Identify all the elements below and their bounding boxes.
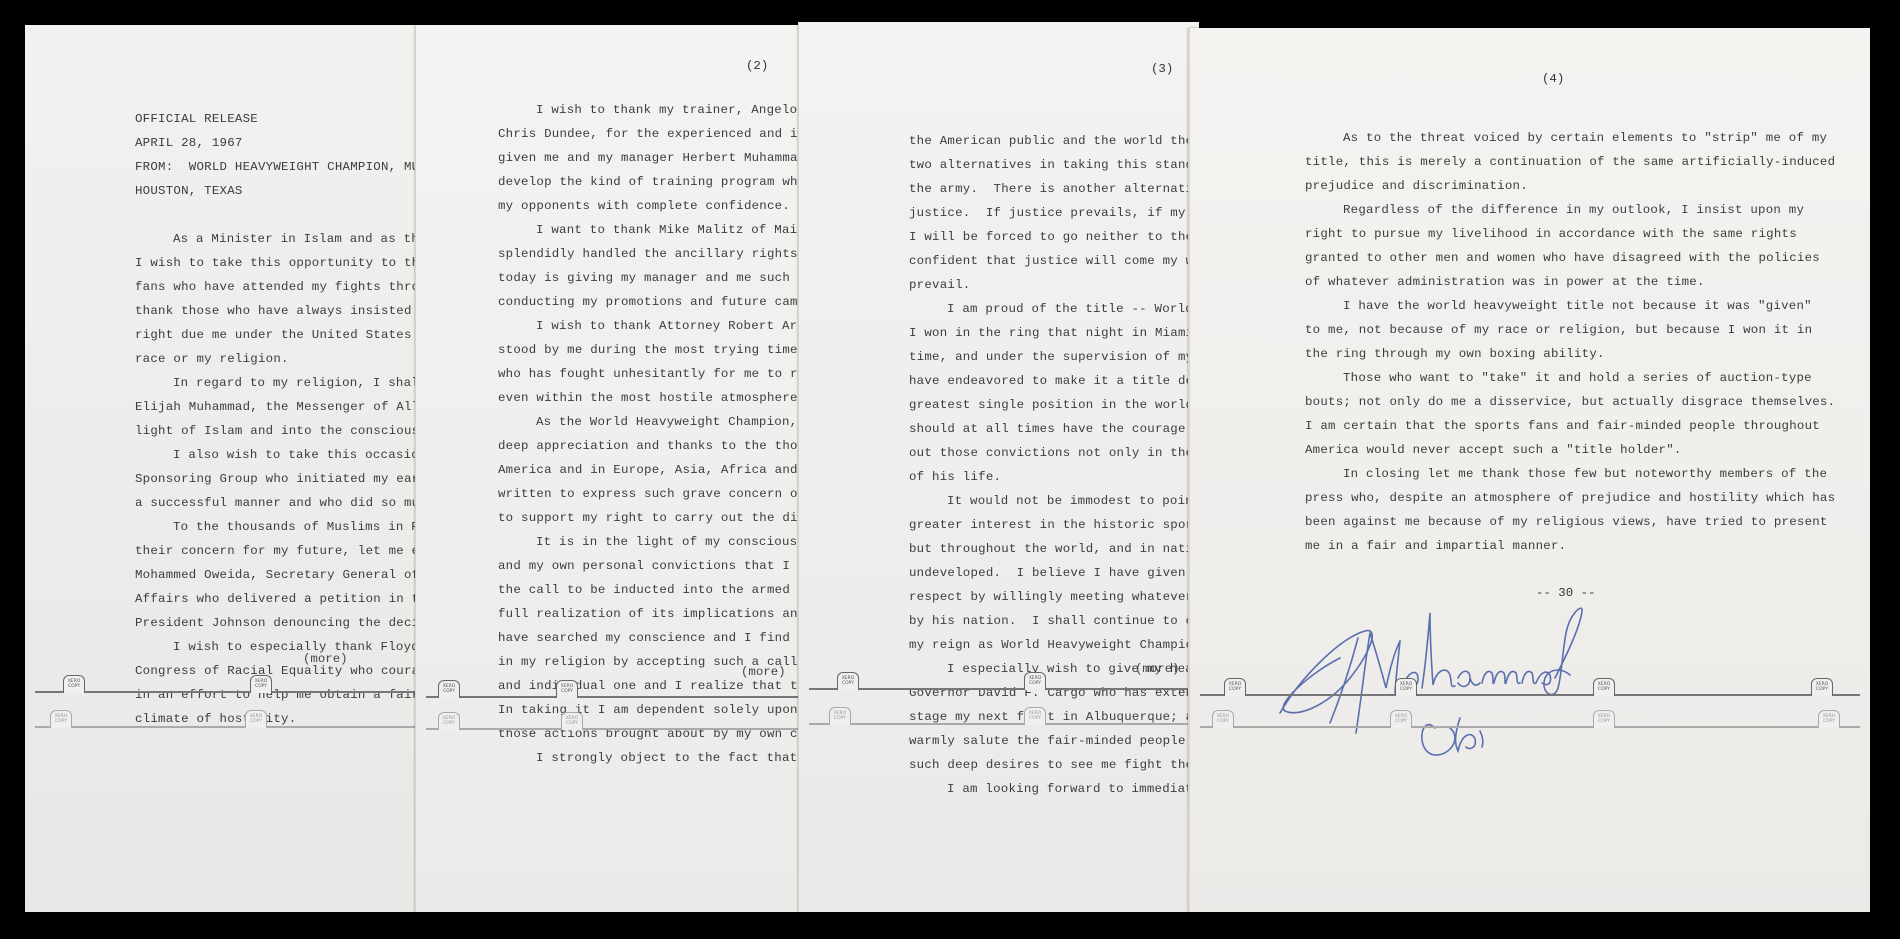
text-line: have searched my conscience and I find I	[498, 626, 816, 650]
text-line: a successful manner and who did so much	[135, 491, 442, 515]
page-2-more-label: (more)	[741, 665, 786, 679]
text-line: but throughout the world, and in nation	[909, 537, 1199, 561]
text-line: OFFICIAL RELEASE	[135, 107, 442, 131]
text-line: I am looking forward to immediately	[909, 777, 1199, 801]
xerox-copy-bar: XEROCOPY XEROCOPY	[416, 712, 816, 742]
xerox-copy-mark-icon: XEROCOPY	[837, 672, 859, 690]
text-line: title, this is merely a continuation of …	[1305, 150, 1835, 174]
xerox-copy-mark-icon: XEROCOPY	[1593, 710, 1615, 728]
xerox-copy-mark-icon: XEROCOPY	[1024, 672, 1046, 690]
text-line: As a Minister in Islam and as the	[135, 227, 442, 251]
text-line: the call to be inducted into the armed s…	[498, 578, 816, 602]
xerox-copy-mark-icon: XEROCOPY	[1811, 678, 1833, 696]
text-line: confident that justice will come my way	[909, 249, 1199, 273]
text-line: to me, not because of my race or religio…	[1305, 318, 1835, 342]
text-line: such deep desires to see me fight there.	[909, 753, 1199, 777]
xerox-copy-mark-icon: XEROCOPY	[1395, 678, 1417, 696]
text-line: given me and my manager Herbert Muhammad…	[498, 146, 816, 170]
text-line: race or my religion.	[135, 347, 442, 371]
text-line: I wish to take this opportunity to than	[135, 251, 442, 275]
text-line: me in a fair and impartial manner.	[1305, 534, 1835, 558]
text-line: stood by me during the most trying times	[498, 338, 816, 362]
text-line: greater interest in the historic sport	[909, 513, 1199, 537]
text-line: President Johnson denouncing the decisi	[135, 611, 442, 635]
text-line: Elijah Muhammad, the Messenger of Allah,	[135, 395, 442, 419]
text-line: APRIL 28, 1967	[135, 131, 442, 155]
text-line: granted to other men and women who have …	[1305, 246, 1835, 270]
xerox-copy-mark-icon: XEROCOPY	[1818, 710, 1840, 728]
text-line: As the World Heavyweight Champion, I	[498, 410, 816, 434]
text-line: prejudice and discrimination.	[1305, 174, 1835, 198]
xerox-copy-bar: XEROCOPY XEROCOPY XEROCOPY XEROCOPY	[1190, 678, 1870, 708]
text-line: I wish to especially thank Floyd Mc	[135, 635, 442, 659]
xerox-copy-mark-icon: XEROCOPY	[245, 710, 267, 728]
text-line: been against me because of my religious …	[1305, 510, 1835, 534]
text-line: justice. If justice prevails, if my co	[909, 201, 1199, 225]
text-line: out those convictions not only in the r	[909, 441, 1199, 465]
document-page-4: (4) As to the threat voiced by certain e…	[1188, 28, 1870, 912]
text-line: by his nation. I shall continue to car	[909, 609, 1199, 633]
text-line: their concern for my future, let me exte	[135, 539, 442, 563]
text-line: In regard to my religion, I shall	[135, 371, 442, 395]
text-line: splendidly handled the ancillary rights …	[498, 242, 816, 266]
text-line: fans who have attended my fights throug	[135, 275, 442, 299]
text-line: the ring through my own boxing ability.	[1305, 342, 1835, 366]
text-line: who has fought unhesitantly for me to re…	[498, 362, 816, 386]
text-line: America would never accept such a "title…	[1305, 438, 1835, 462]
text-line: I am certain that the sports fans and fa…	[1305, 414, 1835, 438]
xerox-copy-mark-icon: XEROCOPY	[829, 707, 851, 725]
text-line: Affairs who delivered a petition in the	[135, 587, 442, 611]
text-line: America and in Europe, Asia, Africa and …	[498, 458, 816, 482]
text-line: deep appreciation and thanks to the thou…	[498, 434, 816, 458]
text-line: my opponents with complete confidence.	[498, 194, 816, 218]
text-line: I won in the ring that night in Miami,	[909, 321, 1199, 345]
text-line: right due me under the United States Co	[135, 323, 442, 347]
text-line: FROM: WORLD HEAVYWEIGHT CHAMPION, MUHA	[135, 155, 442, 179]
text-line: As to the threat voiced by certain eleme…	[1305, 126, 1835, 150]
xerox-copy-bar: XEROCOPY XEROCOPY	[416, 680, 816, 710]
text-line: I have the world heavyweight title not b…	[1305, 294, 1835, 318]
xerox-copy-mark-icon: XEROCOPY	[250, 675, 272, 693]
xerox-copy-mark-icon: XEROCOPY	[50, 710, 72, 728]
xerox-copy-bar: XEROCOPY XEROCOPY	[25, 710, 445, 740]
text-line: I want to thank Mike Malitz of Main	[498, 218, 816, 242]
text-line: of whatever administration was in power …	[1305, 270, 1835, 294]
xerox-copy-bar: XEROCOPY XEROCOPY	[799, 707, 1199, 737]
text-line	[135, 203, 442, 227]
text-line: my reign as World Heavyweight Champion.	[909, 633, 1199, 657]
text-line: right to pursue my livelihood in accorda…	[1305, 222, 1835, 246]
text-line: respect by willingly meeting whatever o	[909, 585, 1199, 609]
xerox-copy-mark-icon: XEROCOPY	[561, 712, 583, 730]
text-line: time, and under the supervision of my m	[909, 345, 1199, 369]
page-4-body: As to the threat voiced by certain eleme…	[1305, 126, 1835, 558]
text-line: the American public and the world the	[909, 129, 1199, 153]
text-line: written to express such grave concern ov…	[498, 482, 816, 506]
xerox-copy-bar: XEROCOPY XEROCOPY	[799, 672, 1199, 702]
text-line: I am proud of the title -- World H	[909, 297, 1199, 321]
document-page-1: OFFICIAL RELEASEAPRIL 28, 1967FROM: WORL…	[25, 25, 445, 912]
text-line: to support my right to carry out the dic…	[498, 506, 816, 530]
page-number: (4)	[1542, 72, 1564, 86]
text-line: undeveloped. I believe I have given bo	[909, 561, 1199, 585]
text-line: prevail.	[909, 273, 1199, 297]
text-line: Regardless of the difference in my outlo…	[1305, 198, 1835, 222]
text-line: press who, despite an atmosphere of prej…	[1305, 486, 1835, 510]
document-page-2: (2) I wish to thank my trainer, Angelo D…	[415, 25, 816, 912]
xerox-copy-mark-icon: XEROCOPY	[1390, 710, 1412, 728]
text-line: have endeavored to make it a title dese	[909, 369, 1199, 393]
text-line: greatest single position in the world o	[909, 393, 1199, 417]
text-line: I wish to thank my trainer, Angelo Du	[498, 98, 816, 122]
text-line: It would not be immodest to point o	[909, 489, 1199, 513]
text-line: HOUSTON, TEXAS	[135, 179, 442, 203]
text-line: two alternatives in taking this stand:	[909, 153, 1199, 177]
xerox-copy-mark-icon: XEROCOPY	[1593, 678, 1615, 696]
text-line: bouts; not only do me a disservice, but …	[1305, 390, 1835, 414]
xerox-copy-mark-icon: XEROCOPY	[63, 675, 85, 693]
xerox-copy-mark-icon: XEROCOPY	[1224, 678, 1246, 696]
page-1-body: OFFICIAL RELEASEAPRIL 28, 1967FROM: WORL…	[135, 107, 442, 731]
document-page-3: (3) the American public and the world th…	[798, 22, 1199, 912]
text-line: It is in the light of my consciousne	[498, 530, 816, 554]
page-1-more-label: (more)	[303, 652, 348, 666]
text-line: conducting my promotions and future camp…	[498, 290, 816, 314]
page-number: (2)	[746, 59, 768, 73]
text-line: develop the kind of training program whi…	[498, 170, 816, 194]
page-number: (3)	[1151, 62, 1173, 76]
text-line: I will be forced to go neither to the a	[909, 225, 1199, 249]
xerox-copy-mark-icon: XEROCOPY	[1024, 707, 1046, 725]
text-line: should at all times have the courage of	[909, 417, 1199, 441]
text-line: Those who want to "take" it and hold a s…	[1305, 366, 1835, 390]
text-line: I strongly object to the fact that s	[498, 746, 816, 770]
text-line: In closing let me thank those few but no…	[1305, 462, 1835, 486]
xerox-copy-mark-icon: XEROCOPY	[1212, 710, 1234, 728]
text-line: thank those who have always insisted th	[135, 299, 442, 323]
text-line: the army. There is another alternative	[909, 177, 1199, 201]
text-line: full realization of its implications and	[498, 602, 816, 626]
text-line: today is giving my manager and me such i…	[498, 266, 816, 290]
xerox-copy-mark-icon: XEROCOPY	[438, 712, 460, 730]
text-line: Chris Dundee, for the experienced and ir…	[498, 122, 816, 146]
text-line: Mohammed Oweida, Secretary General of th	[135, 563, 442, 587]
text-line: I wish to thank Attorney Robert Arum	[498, 314, 816, 338]
text-line: even within the most hostile atmosphere.	[498, 386, 816, 410]
text-line: To the thousands of Muslims in Paki	[135, 515, 442, 539]
text-line: light of Islam and into the consciousne	[135, 419, 442, 443]
text-line: Sponsoring Group who initiated my early	[135, 467, 442, 491]
text-line: and my own personal convictions that I t…	[498, 554, 816, 578]
xerox-copy-bar: XEROCOPY XEROCOPY	[25, 675, 445, 705]
xerox-copy-mark-icon: XEROCOPY	[556, 680, 578, 698]
text-line: I also wish to take this occasion	[135, 443, 442, 467]
text-line: of his life.	[909, 465, 1199, 489]
xerox-copy-mark-icon: XEROCOPY	[438, 680, 460, 698]
xerox-copy-bar: XEROCOPY XEROCOPY XEROCOPY XEROCOPY	[1190, 710, 1870, 740]
